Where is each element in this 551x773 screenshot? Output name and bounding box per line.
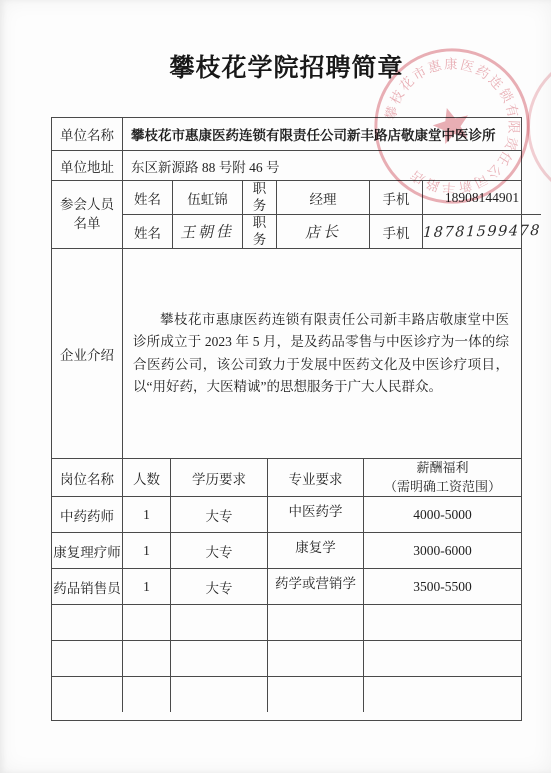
job-position: 康复理疗师 xyxy=(52,533,122,568)
empty-cell xyxy=(267,641,363,676)
empty-cell xyxy=(170,677,267,712)
empty-cell xyxy=(52,641,122,676)
participant-name-handwritten: 王朝佳 xyxy=(172,215,242,248)
job-position: 中药药师 xyxy=(52,497,122,532)
participant-phone-handwritten: 18781599478 xyxy=(422,215,541,248)
header-major: 专业要求 xyxy=(267,459,363,496)
participant-row: 姓名 伍虹锦 职务 经理 手机 18908144901 xyxy=(123,181,541,214)
seal-edge-impression-icon xyxy=(527,52,551,202)
duty-label: 职务 xyxy=(242,215,276,248)
empty-cell xyxy=(122,677,170,712)
empty-job-row xyxy=(52,640,521,676)
participants-row: 参会人员 名单 姓名 伍虹锦 职务 经理 手机 18908144901 姓名 王… xyxy=(52,180,521,248)
duty-label: 职务 xyxy=(242,181,276,214)
empty-cell xyxy=(52,605,122,640)
participants-label: 参会人员 名单 xyxy=(52,181,122,248)
job-major: 药学或营销学 xyxy=(267,569,363,604)
job-row: 康复理疗师 1 大专 康复学 3000-6000 xyxy=(52,532,521,568)
job-count: 1 xyxy=(122,533,170,568)
unit-name-value: 攀枝花市惠康医药连锁有限责任公司新丰路店敬康堂中医诊所 xyxy=(122,118,521,150)
empty-cell xyxy=(363,677,521,712)
phone-label: 手机 xyxy=(369,181,422,214)
job-education: 大专 xyxy=(170,497,267,532)
name-label: 姓名 xyxy=(123,181,172,214)
job-major: 中医药学 xyxy=(267,497,363,532)
unit-address-value: 东区新源路 88 号附 46 号 xyxy=(122,151,521,180)
job-salary: 3500-5500 xyxy=(363,569,521,604)
unit-address-label: 单位地址 xyxy=(52,151,122,180)
participant-duty-handwritten: 店长 xyxy=(276,215,369,248)
jobs-header-row: 岗位名称 人数 学历要求 专业要求 薪酬福利 （需明确工资范围） xyxy=(52,458,521,496)
participants-label-line2: 名单 xyxy=(60,215,114,233)
header-salary: 薪酬福利 （需明确工资范围） xyxy=(363,459,521,496)
phone-label: 手机 xyxy=(369,215,422,248)
empty-cell xyxy=(170,605,267,640)
job-row: 中药药师 1 大专 中医药学 4000-5000 xyxy=(52,496,521,532)
job-education: 大专 xyxy=(170,533,267,568)
job-salary: 3000-6000 xyxy=(363,533,521,568)
empty-job-row xyxy=(52,676,521,712)
participant-phone: 18908144901 xyxy=(422,181,541,214)
company-intro-label: 企业介绍 xyxy=(52,249,122,458)
participant-name: 伍虹锦 xyxy=(172,181,242,214)
empty-cell xyxy=(267,605,363,640)
job-major: 康复学 xyxy=(267,533,363,568)
job-salary: 4000-5000 xyxy=(363,497,521,532)
job-position: 药品销售员 xyxy=(52,569,122,604)
name-label: 姓名 xyxy=(123,215,172,248)
participant-row: 姓名 王朝佳 职务 店长 手机 18781599478 xyxy=(123,214,541,248)
unit-name-label: 单位名称 xyxy=(52,118,122,150)
header-count: 人数 xyxy=(122,459,170,496)
participant-duty: 经理 xyxy=(276,181,369,214)
empty-cell xyxy=(122,605,170,640)
company-intro-cell: 攀枝花市惠康医药连锁有限责任公司新丰路店敬康堂中医诊所成立于 2023 年 5 … xyxy=(122,249,521,458)
empty-cell xyxy=(170,641,267,676)
page-title: 攀枝花学院招聘简章 xyxy=(51,48,522,84)
empty-cell xyxy=(267,677,363,712)
empty-cell xyxy=(52,677,122,712)
job-count: 1 xyxy=(122,569,170,604)
empty-job-row xyxy=(52,604,521,640)
company-intro-text: 攀枝花市惠康医药连锁有限责任公司新丰路店敬康堂中医诊所成立于 2023 年 5 … xyxy=(123,309,521,399)
header-position: 岗位名称 xyxy=(52,459,122,496)
company-intro-row: 企业介绍 攀枝花市惠康医药连锁有限责任公司新丰路店敬康堂中医诊所成立于 2023… xyxy=(52,248,521,458)
empty-cell xyxy=(363,605,521,640)
header-salary-line1: 薪酬福利 xyxy=(384,459,501,478)
job-education: 大专 xyxy=(170,569,267,604)
header-education: 学历要求 xyxy=(170,459,267,496)
scanned-document-page: 攀枝花学院招聘简章 单位名称 攀枝花市惠康医药连锁有限责任公司新丰路店敬康堂中医… xyxy=(0,0,551,773)
empty-cell xyxy=(363,641,521,676)
job-count: 1 xyxy=(122,497,170,532)
header-salary-line2: （需明确工资范围） xyxy=(384,478,501,497)
unit-name-row: 单位名称 攀枝花市惠康医药连锁有限责任公司新丰路店敬康堂中医诊所 xyxy=(52,118,521,150)
recruitment-form-table: 单位名称 攀枝花市惠康医药连锁有限责任公司新丰路店敬康堂中医诊所 单位地址 东区… xyxy=(51,117,522,721)
job-row: 药品销售员 1 大专 药学或营销学 3500-5500 xyxy=(52,568,521,604)
participants-grid: 姓名 伍虹锦 职务 经理 手机 18908144901 姓名 王朝佳 职务 店长… xyxy=(122,181,541,248)
empty-cell xyxy=(122,641,170,676)
unit-address-row: 单位地址 东区新源路 88 号附 46 号 xyxy=(52,150,521,180)
participants-label-line1: 参会人员 xyxy=(60,196,114,214)
